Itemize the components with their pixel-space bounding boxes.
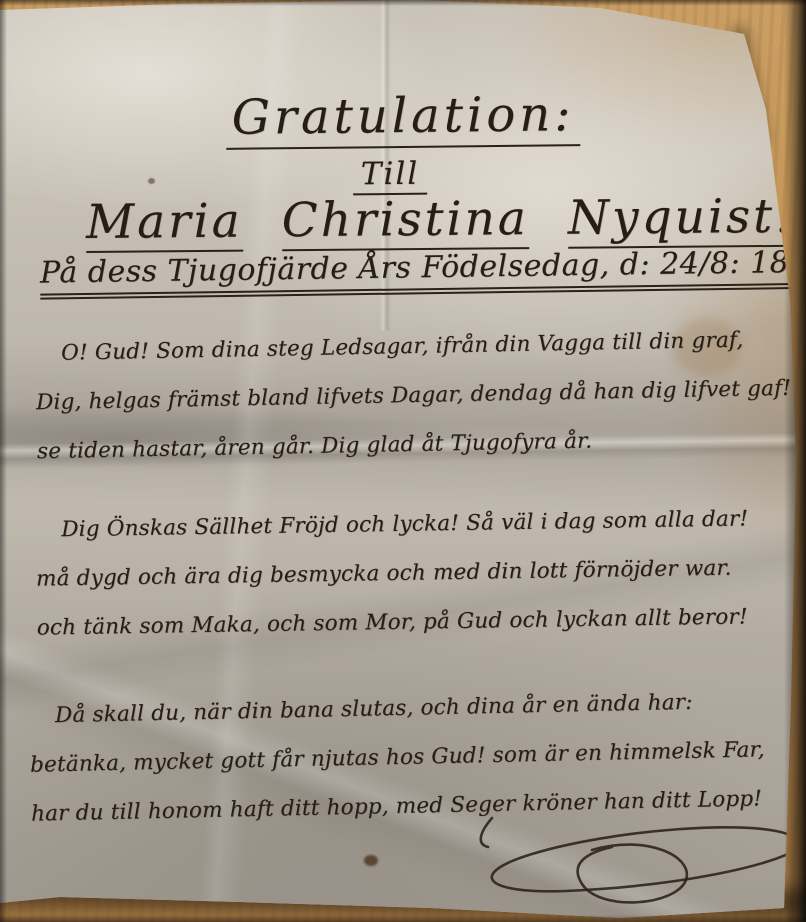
flourish-ornament <box>440 814 806 920</box>
document-title-text: Gratulation: <box>225 86 580 150</box>
recipient-middle-name: Christina <box>282 191 530 251</box>
recipient-first-name: Maria <box>86 194 243 253</box>
photo-frame: Gratulation: Till Maria Christina Nyquis… <box>0 0 806 922</box>
occasion-line: På dess Tjugofjärde Års Födelsedag, d: 2… <box>40 244 806 299</box>
document-title: Gratulation: <box>0 84 806 148</box>
stanza-1: O! Gud! Som dina steg Ledsagar, ifrån di… <box>35 315 793 476</box>
dedication-text: Till <box>353 156 428 196</box>
recipient-surname: Nyquist. <box>568 189 794 249</box>
stanza-2: Dig Önskas Sällhet Fröjd och lycka! Så v… <box>35 494 750 652</box>
recipient-name: Maria Christina Nyquist. <box>86 189 766 253</box>
verse-line: och tänk som Maka, och som Mor, på Gud o… <box>36 592 750 652</box>
stain <box>364 855 378 866</box>
paper-sheet: Gratulation: Till Maria Christina Nyquis… <box>0 0 806 922</box>
